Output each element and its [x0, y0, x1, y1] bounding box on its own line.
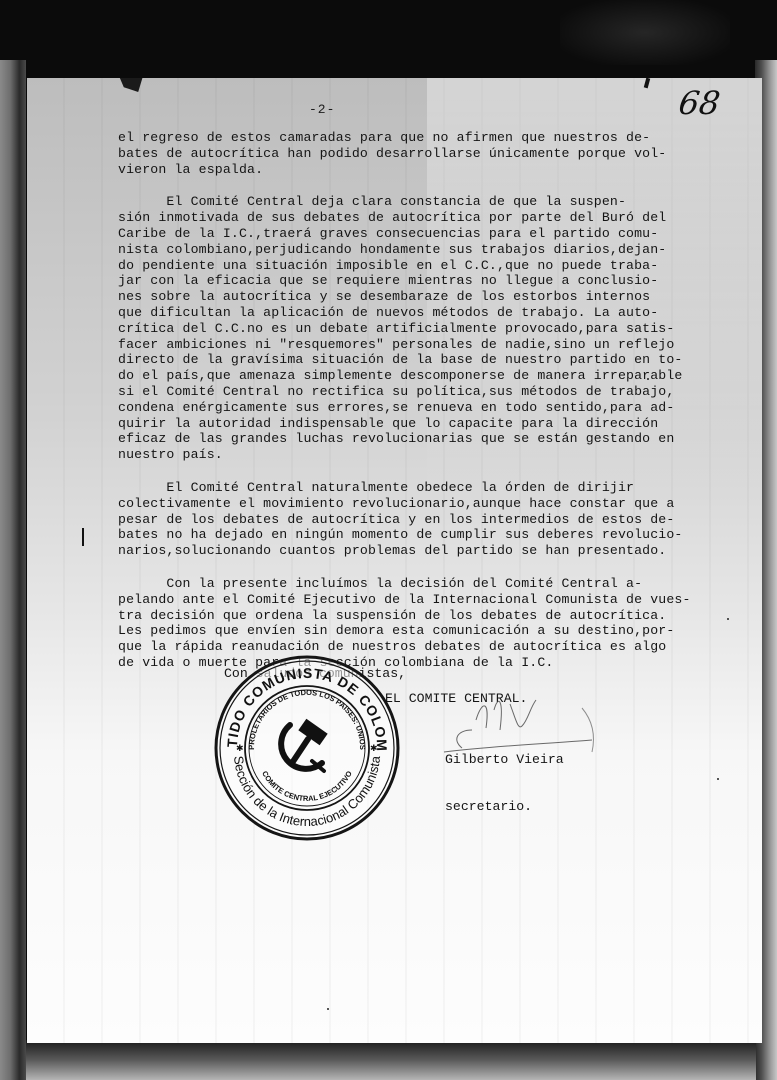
text-line: pelando ante el Comité Ejecutivo de la I…: [118, 592, 758, 608]
text-line: nuestro país.: [118, 447, 758, 463]
svg-text:✱: ✱: [370, 744, 378, 754]
text-line: sión inmotivada de sus debates de autocr…: [118, 210, 758, 226]
paragraph: El Comité Central naturalmente obedece l…: [118, 480, 758, 559]
film-bottom-edge: [26, 1040, 756, 1080]
text-line: narios,solucionando cuantos problemas de…: [118, 543, 758, 559]
letter-body: el regreso de estos camaradas para que n…: [118, 130, 758, 671]
film-scratch: [82, 528, 84, 546]
text-line: El Comité Central naturalmente obedece l…: [118, 480, 758, 496]
text-line: do pendiente una situación imposible en …: [118, 258, 758, 274]
text-line: do el país,que amenaza simplemente desco…: [118, 368, 758, 384]
paragraph: el regreso de estos camaradas para que n…: [118, 130, 758, 177]
paragraph-gap: [118, 177, 758, 194]
handwritten-folio-number: 68: [676, 84, 722, 122]
paragraph-gap: [118, 559, 758, 576]
film-speck: [327, 1008, 329, 1010]
text-line: jar con la eficacia que se requiere mien…: [118, 273, 758, 289]
text-line: si el Comité Central no rectifica su pol…: [118, 384, 758, 400]
text-line: nista colombiano,perjudicando hondamente…: [118, 242, 758, 258]
text-line: que dificultan la aplicación de nuevos m…: [118, 305, 758, 321]
text-line: el regreso de estos camaradas para que n…: [118, 130, 758, 146]
film-background-glow: [560, 0, 730, 65]
film-speck: [647, 378, 649, 380]
text-line: condena enérgicamente sus errores,se ren…: [118, 400, 758, 416]
text-line: Con la presente incluímos la decisión de…: [118, 576, 758, 592]
svg-text:✱: ✱: [236, 744, 244, 754]
signer-name: Gilberto Vieira: [445, 752, 564, 768]
film-left-edge: [0, 60, 26, 1080]
paper-tear: [119, 78, 143, 92]
text-line: directo de la gravísima situación de la …: [118, 352, 758, 368]
document-page: -2- 68 el regreso de estos camaradas par…: [27, 78, 762, 1043]
text-line: vieron la espalda.: [118, 162, 758, 178]
text-line: bates no ha dejado en ningún momento de …: [118, 527, 758, 543]
paragraph-gap: [118, 463, 758, 480]
text-line: bates de autocrítica han podido desarrol…: [118, 146, 758, 162]
party-seal-stamp: PARTIDO COMUNISTA DE COLOMBIA Sección de…: [212, 653, 402, 843]
film-speck: [727, 618, 729, 620]
signer-block: Gilberto Vieira secretario.: [445, 720, 564, 846]
signer-title: secretario.: [445, 799, 564, 815]
text-line: pesar de los debates de autocrítica y en…: [118, 512, 758, 528]
text-line: colectivamente el movimiento revoluciona…: [118, 496, 758, 512]
text-line: quirir la autoridad indispensable que lo…: [118, 416, 758, 432]
text-line: Caribe de la I.C.,traerá graves consecue…: [118, 226, 758, 242]
page-number-marker: -2-: [309, 102, 335, 117]
film-speck: [457, 278, 459, 280]
film-speck: [717, 778, 719, 780]
text-line: crítica del C.C.no es un debate artifici…: [118, 321, 758, 337]
text-line: eficaz de las grandes luchas revoluciona…: [118, 431, 758, 447]
text-line: El Comité Central deja clara constancia …: [118, 194, 758, 210]
text-line: nes sobre la autocrítica y se desembaraz…: [118, 289, 758, 305]
text-line: facer ambiciones ni "resquemores" person…: [118, 337, 758, 353]
paragraph: El Comité Central deja clara constancia …: [118, 194, 758, 463]
text-line: Les pedimos que envíen sin demora esta c…: [118, 623, 758, 639]
text-line: tra decisión que ordena la suspensión de…: [118, 608, 758, 624]
